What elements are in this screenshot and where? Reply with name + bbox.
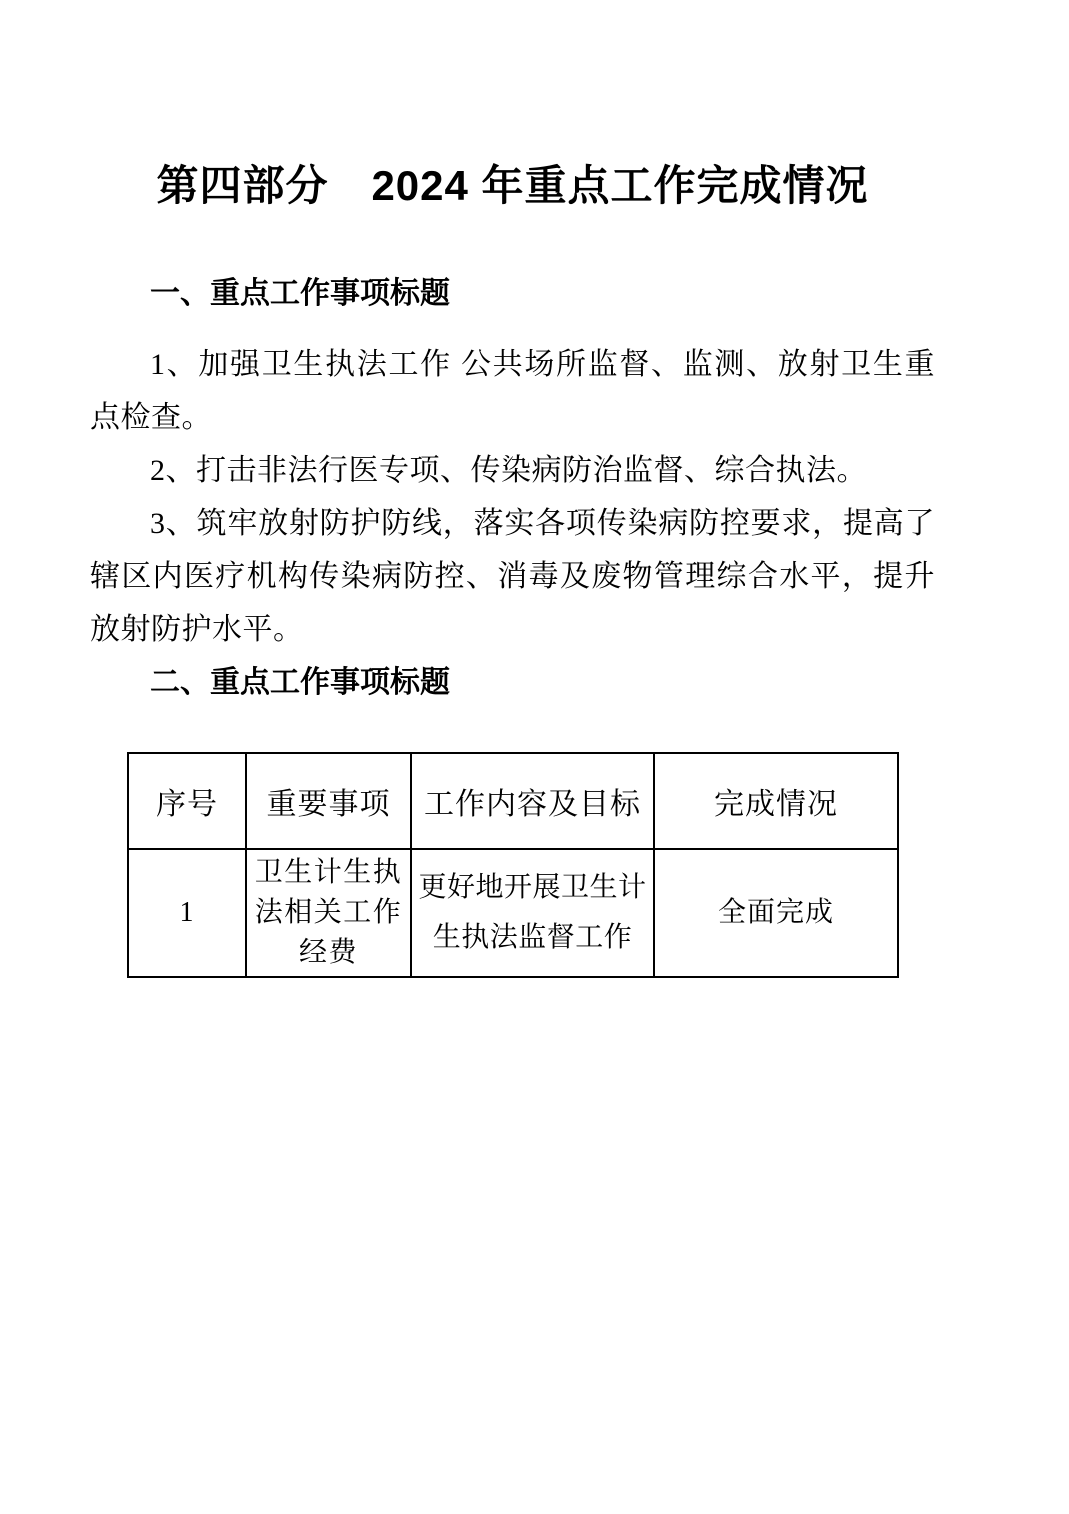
section-one-heading: 一、重点工作事项标题 <box>150 275 935 313</box>
header-cell-index: 序号 <box>128 753 246 849</box>
paragraph-3: 3、筑牢放射防护防线，落实各项传染病防控要求，提高了辖区内医疗机构传染病防控、消… <box>90 497 935 656</box>
paragraph-1: 1、加强卫生执法工作 公共场所监督、监测、放射卫生重点检查。 <box>90 338 935 444</box>
header-cell-item: 重要事项 <box>246 753 411 849</box>
cell-item: 卫生计生执法相关工作经费 <box>246 849 411 977</box>
document-page: 第四部分 2024 年重点工作完成情况 一、重点工作事项标题 1、加强卫生执法工… <box>0 0 1069 1514</box>
cell-status: 全面完成 <box>654 849 898 977</box>
table-row: 1 卫生计生执法相关工作经费 更好地开展卫生计生执法监督工作 全面完成 <box>128 849 898 977</box>
section-two-heading: 二、重点工作事项标题 <box>150 664 935 702</box>
tasks-table: 序号 重要事项 工作内容及目标 完成情况 1 卫生计生执法相关工作经费 更好地开… <box>127 752 899 978</box>
page-title: 第四部分 2024 年重点工作完成情况 <box>90 28 935 209</box>
header-cell-status: 完成情况 <box>654 753 898 849</box>
cell-index: 1 <box>128 849 246 977</box>
header-cell-content: 工作内容及目标 <box>411 753 654 849</box>
cell-content: 更好地开展卫生计生执法监督工作 <box>411 849 654 977</box>
paragraph-2: 2、打击非法行医专项、传染病防治监督、综合执法。 <box>90 444 935 497</box>
table-header-row: 序号 重要事项 工作内容及目标 完成情况 <box>128 753 898 849</box>
